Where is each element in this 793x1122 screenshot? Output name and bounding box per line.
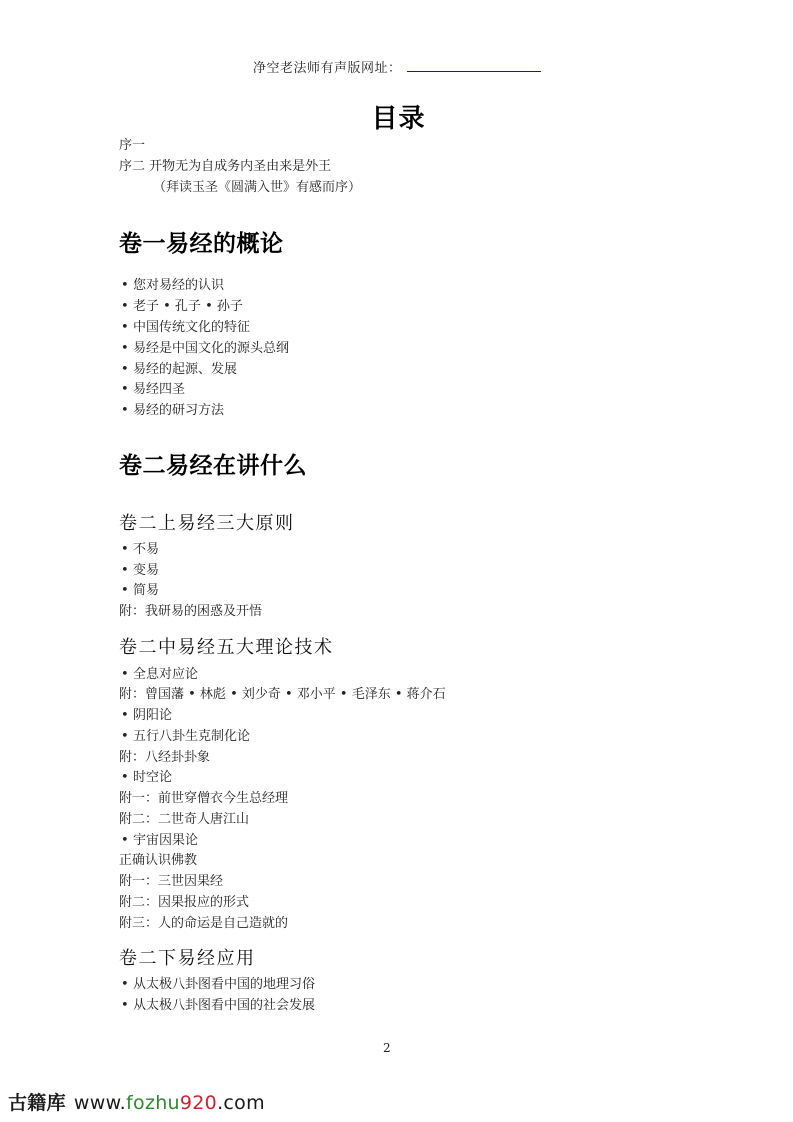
toc-entry-label: 从太极八卦图看中国的社会发展 bbox=[133, 998, 315, 1013]
toc-entry-label: 老子 • 孔子 • 孙子 bbox=[133, 299, 243, 314]
url-underline-field[interactable] bbox=[407, 71, 541, 72]
toc-entry[interactable]: •中国传统文化的特征 bbox=[121, 320, 250, 336]
bullet-icon: • bbox=[121, 729, 133, 745]
page-title: 目录 bbox=[0, 98, 793, 135]
toc-entry-label: 中国传统文化的特征 bbox=[133, 320, 250, 335]
toc-entry-label: 简易 bbox=[133, 583, 159, 598]
toc-entry-appendix[interactable]: 附二：因果报应的形式 bbox=[119, 895, 249, 911]
toc-entry-appendix[interactable]: 附：曾国藩 • 林彪 • 刘少奇 • 邓小平 • 毛泽东 • 蒋介石 bbox=[119, 687, 446, 703]
toc-entry-label: 阴阳论 bbox=[133, 708, 172, 723]
toc-entry[interactable]: •不易 bbox=[121, 542, 159, 558]
toc-entry-label: 易经的研习方法 bbox=[133, 403, 224, 418]
watermark-url-suffix: .com bbox=[217, 1092, 265, 1114]
volume-2-middle-heading[interactable]: 卷二中易经五大理论技术 bbox=[119, 633, 334, 659]
bullet-icon: • bbox=[121, 667, 133, 683]
toc-entry[interactable]: •易经的研习方法 bbox=[121, 403, 224, 419]
watermark-url-prefix: www. bbox=[74, 1092, 126, 1114]
toc-entry[interactable]: •易经是中国文化的源头总纲 bbox=[121, 341, 289, 357]
toc-entry-label: 易经的起源、发展 bbox=[133, 362, 237, 377]
toc-entry[interactable]: •从太极八卦图看中国的社会发展 bbox=[121, 998, 315, 1014]
toc-entry[interactable]: •五行八卦生克制化论 bbox=[121, 729, 250, 745]
toc-entry[interactable]: •变易 bbox=[121, 563, 159, 579]
bullet-icon: • bbox=[121, 977, 133, 993]
volume-2-upper-heading[interactable]: 卷二上易经三大原则 bbox=[119, 509, 295, 535]
bullet-icon: • bbox=[121, 542, 133, 558]
toc-entry-appendix[interactable]: 附一：三世因果经 bbox=[119, 874, 223, 890]
toc-entry[interactable]: •易经的起源、发展 bbox=[121, 362, 237, 378]
bullet-icon: • bbox=[121, 341, 133, 357]
toc-entry-preface-2-subtitle: （拜读玉圣《圆满入世》有感而序） bbox=[153, 180, 361, 196]
toc-entry-appendix[interactable]: 附三：人的命运是自己造就的 bbox=[119, 916, 288, 932]
toc-entry[interactable]: •时空论 bbox=[121, 770, 172, 786]
toc-entry-label: 易经是中国文化的源头总纲 bbox=[133, 341, 289, 356]
bullet-icon: • bbox=[121, 998, 133, 1014]
toc-entry-label: 五行八卦生克制化论 bbox=[133, 729, 250, 744]
toc-entry-appendix[interactable]: 附：我研易的困惑及开悟 bbox=[119, 604, 262, 620]
toc-entry[interactable]: •简易 bbox=[121, 583, 159, 599]
site-watermark: 古籍库www.fozhu920.com bbox=[8, 1088, 265, 1115]
page-number: 2 bbox=[383, 1041, 391, 1055]
watermark-url-green: fozhu bbox=[126, 1092, 180, 1114]
toc-entry[interactable]: •老子 • 孔子 • 孙子 bbox=[121, 299, 243, 315]
toc-entry-label: 不易 bbox=[133, 542, 159, 557]
toc-entry-preface-2[interactable]: 序二 开物无为自成务内圣由来是外王 bbox=[119, 159, 331, 175]
volume-2-lower-heading[interactable]: 卷二下易经应用 bbox=[119, 944, 256, 970]
bullet-icon: • bbox=[121, 583, 133, 599]
toc-entry-label: 易经四圣 bbox=[133, 382, 185, 397]
bullet-icon: • bbox=[121, 833, 133, 849]
watermark-site-name: 古籍库 bbox=[8, 1092, 66, 1114]
bullet-icon: • bbox=[121, 382, 133, 398]
toc-entry[interactable]: 正确认识佛教 bbox=[119, 853, 197, 869]
bullet-icon: • bbox=[121, 278, 133, 294]
toc-entry-appendix[interactable]: 附一：前世穿僧衣今生总经理 bbox=[119, 791, 288, 807]
toc-entry-label: 全息对应论 bbox=[133, 667, 198, 682]
volume-1-heading[interactable]: 卷一易经的概论 bbox=[119, 225, 284, 258]
toc-entry[interactable]: •您对易经的认识 bbox=[121, 278, 224, 294]
toc-entry[interactable]: •从太极八卦图看中国的地理习俗 bbox=[121, 977, 315, 993]
toc-entry[interactable]: •宇宙因果论 bbox=[121, 833, 198, 849]
bullet-icon: • bbox=[121, 770, 133, 786]
toc-entry-label: 时空论 bbox=[133, 770, 172, 785]
toc-entry-label: 宇宙因果论 bbox=[133, 833, 198, 848]
toc-entry-appendix[interactable]: 附二：二世奇人唐江山 bbox=[119, 812, 249, 828]
watermark-url-red: 920 bbox=[180, 1092, 217, 1114]
toc-entry-label: 您对易经的认识 bbox=[133, 278, 224, 293]
toc-entry[interactable]: •全息对应论 bbox=[121, 667, 198, 683]
bullet-icon: • bbox=[121, 362, 133, 378]
toc-entry-label: 从太极八卦图看中国的地理习俗 bbox=[133, 977, 315, 992]
toc-entry[interactable]: •阴阳论 bbox=[121, 708, 172, 724]
bullet-icon: • bbox=[121, 563, 133, 579]
bullet-icon: • bbox=[121, 708, 133, 724]
bullet-icon: • bbox=[121, 320, 133, 336]
toc-entry[interactable]: •易经四圣 bbox=[121, 382, 185, 398]
audio-version-url-label: 净空老法师有声版网址： bbox=[253, 57, 402, 76]
toc-entry-label: 变易 bbox=[133, 563, 159, 578]
bullet-icon: • bbox=[121, 403, 133, 419]
volume-2-heading[interactable]: 卷二易经在讲什么 bbox=[119, 447, 307, 480]
toc-entry-appendix[interactable]: 附：八经卦卦象 bbox=[119, 750, 210, 766]
bullet-icon: • bbox=[121, 299, 133, 315]
toc-entry-preface-1[interactable]: 序一 bbox=[119, 138, 145, 154]
